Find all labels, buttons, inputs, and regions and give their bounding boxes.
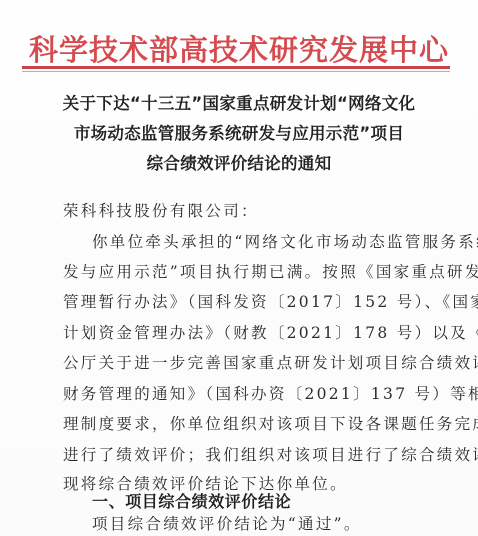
section-heading: 一、项目综合绩效评价结论 [92,489,291,512]
paragraph-line: 公厅关于进一步完善国家重点研发计划项目综合绩效评价 [63,351,478,373]
organization-header: 科学技术部高技术研究发展中心 [0,28,478,69]
conclusion-text: 项目综合绩效评价结论为“通过”。 [92,512,362,534]
paragraph-line: 进行了绩效评价；我们组织对该项目进行了综合绩效评价， [63,443,478,465]
header-red-rule-thin [22,71,450,72]
document-title-line-1: 关于下达“十三五”国家重点研发计划“网络文化 [0,90,478,114]
document-page: 科学技术部高技术研究发展中心 关于下达“十三五”国家重点研发计划“网络文化 市场… [0,0,478,536]
document-title-line-2: 市场动态监管服务系统研发与应用示范”项目 [0,120,478,144]
paragraph-line: 发与应用示范”项目执行期已满。按照《国家重点研发计划 [63,260,478,282]
paragraph-line: 计划资金管理办法》（财教〔2021〕178 号）以及《科技部办 [63,321,478,343]
paragraph-line: 理制度要求，你单位组织对该项目下设各课题任务完成情况 [63,412,478,434]
paragraph-line: 财务管理的通知》（国科办资〔2021〕137 号）等相关配套管 [63,382,478,404]
header-red-rule [22,66,450,69]
addressee: 荣科科技股份有限公司： [63,199,259,221]
paragraph-line: 管理暂行办法》（国科发资〔2017〕152 号）、《国家重点研发 [63,290,478,312]
document-title-line-3: 综合绩效评价结论的通知 [0,150,478,174]
paragraph-line: 你单位牵头承担的“网络文化市场动态监管服务系统研 [92,230,478,252]
